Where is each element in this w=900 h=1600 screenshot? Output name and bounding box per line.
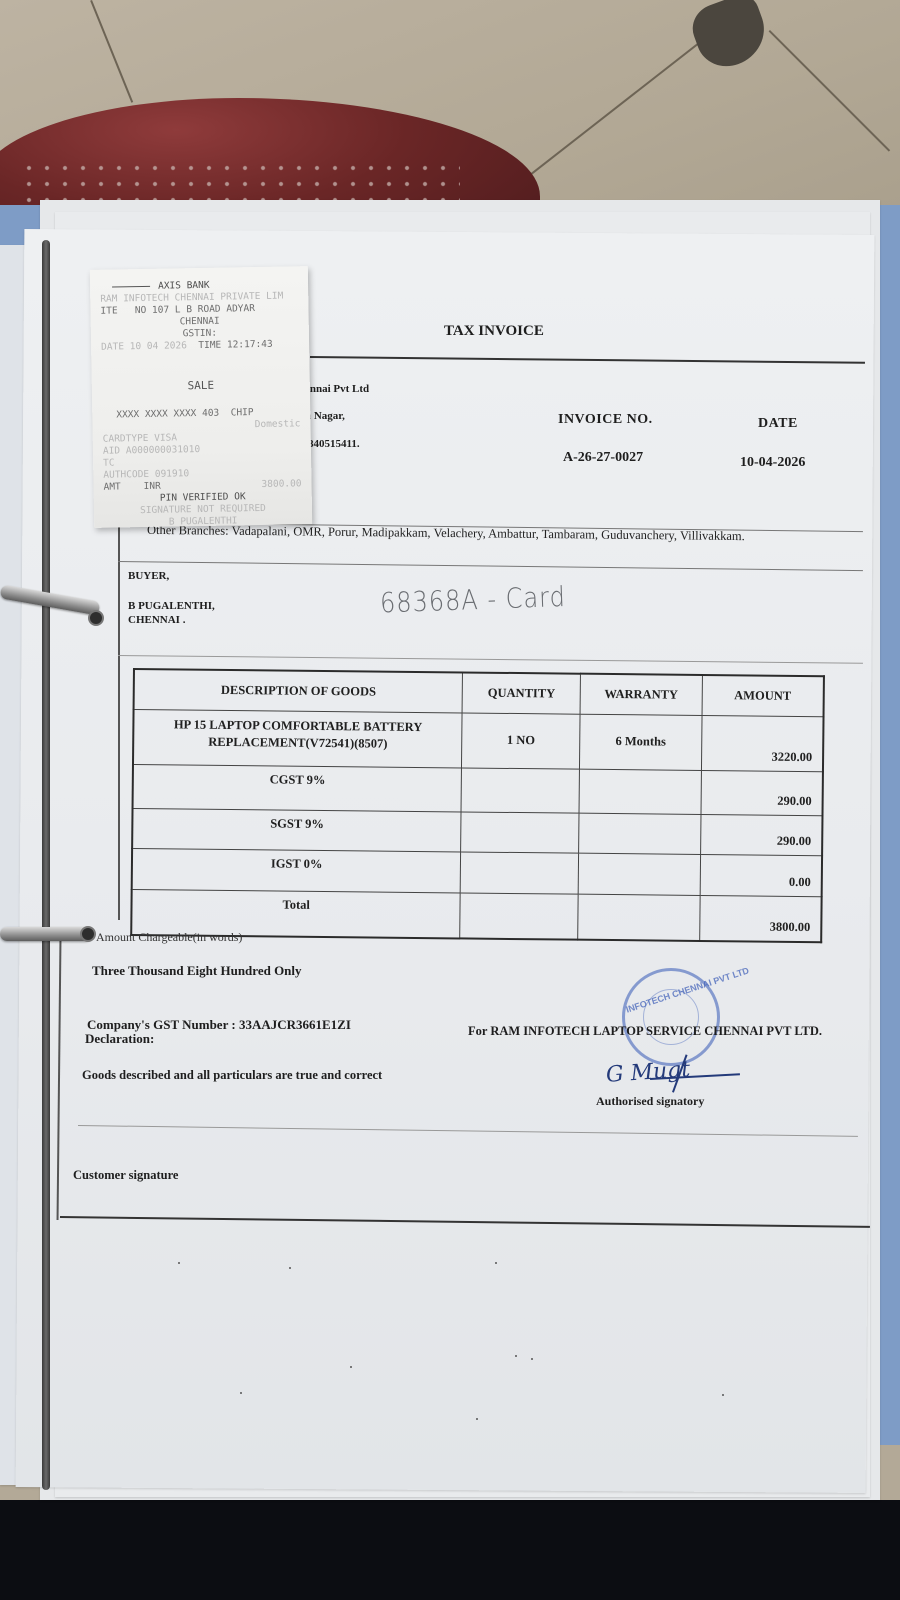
receipt-merchant-suffix: ITE: [100, 305, 117, 316]
receipt-amount-label: AMT: [103, 481, 120, 492]
buyer-city: CHENNAI .: [128, 614, 185, 626]
declaration-text: Goods described and all particulars are …: [82, 1068, 382, 1083]
item-warranty: 6 Months: [580, 714, 702, 771]
customer-signature-label: Customer signature: [73, 1168, 178, 1183]
header-divider: [310, 356, 865, 363]
tax-sgst-label: SGST 9%: [132, 808, 461, 852]
receipt-currency: INR: [144, 481, 161, 492]
tax-sgst-amount: 290.00: [700, 814, 822, 856]
company-address-partial: n Nagar,: [305, 410, 345, 422]
company-phone-partial: 840515411.: [308, 438, 360, 450]
empty-cell: [461, 768, 579, 812]
table-row: IGST 0% 0.00: [132, 849, 822, 897]
handwritten-payment-note: 68368A - Card: [379, 581, 566, 620]
date-label: DATE: [758, 416, 798, 432]
goods-table: DESCRIPTION OF GOODS QUANTITY WARRANTY A…: [130, 668, 825, 943]
receipt-address: NO 107 L B ROAD ADYAR: [135, 303, 255, 316]
invoice-title: TAX INVOICE: [444, 323, 544, 340]
buyer-label: BUYER,: [128, 570, 169, 582]
tax-cgst-amount: 290.00: [701, 771, 823, 815]
item-description: HP 15 LAPTOP COMFORTABLE BATTERY REPLACE…: [133, 709, 462, 768]
buyer-name: B PUGALENTHI,: [128, 600, 215, 612]
table-row: HP 15 LAPTOP COMFORTABLE BATTERY REPLACE…: [133, 709, 824, 772]
binder-ring-bottom: [0, 927, 92, 941]
tax-igst-label: IGST 0%: [132, 849, 461, 893]
receipt-transaction-type: SALE: [102, 378, 300, 393]
buyer-divider: [118, 655, 863, 664]
branches-bottom-divider: [118, 561, 863, 571]
item-amount: 3220.00: [701, 715, 823, 772]
invoice-number: A-26-27-0027: [563, 450, 643, 466]
amount-in-words: Three Thousand Eight Hundred Only: [92, 963, 302, 979]
empty-cell: [578, 894, 700, 940]
column-header-warranty: WARRANTY: [580, 674, 702, 715]
for-company-line: For RAM INFOTECH LAPTOP SERVICE CHENNAI …: [468, 1024, 822, 1039]
binder-ring-bottom-end: [80, 926, 96, 942]
item-quantity: 1 NO: [462, 712, 580, 769]
frame-left-border: [118, 510, 120, 920]
empty-cell: [579, 813, 701, 855]
receipt-amount: 3800.00: [261, 478, 301, 491]
invoice-number-label: INVOICE NO.: [558, 412, 653, 428]
empty-cell: [460, 893, 578, 939]
tax-cgst-label: CGST 9%: [133, 765, 462, 811]
empty-cell: [461, 811, 579, 853]
receipt-bank-name: AXIS BANK: [158, 280, 210, 292]
empty-cell: [461, 852, 579, 894]
column-header-quantity: QUANTITY: [462, 672, 580, 713]
empty-cell: [579, 770, 701, 814]
table-row: CGST 9% 290.00: [133, 765, 823, 815]
other-branches: Other Branches: Vadapalani, OMR, Porur, …: [147, 523, 745, 544]
receipt-entry-mode: CHIP: [231, 407, 254, 418]
amount-words-label: Amount Chargeable(in words): [96, 930, 242, 945]
invoice-document: TAX INVOICE ennai Pvt Ltd n Nagar, 84051…: [0, 0, 900, 1600]
company-name-partial: ennai Pvt Ltd: [305, 383, 369, 395]
invoice-date: 10-04-2026: [740, 455, 805, 471]
total-amount: 3800.00: [700, 896, 822, 942]
authorised-signatory-label: Authorised signatory: [596, 1094, 704, 1109]
empty-cell: [578, 854, 700, 896]
declaration-divider: [78, 1125, 858, 1137]
binder-ring-top-end: [88, 610, 104, 626]
receipt-card-number: XXXX XXXX XXXX 403: [102, 408, 219, 421]
column-header-amount: AMOUNT: [702, 675, 824, 716]
company-stamp: INFOTECH CHENNAI PVT LTD: [622, 968, 720, 1066]
declaration-label: Declaration:: [85, 1031, 154, 1047]
table-row: SGST 9% 290.00: [132, 808, 822, 856]
receipt-date: DATE 10 04 2026: [101, 340, 187, 352]
receipt-time: TIME 12:17:43: [198, 339, 273, 351]
column-header-description: DESCRIPTION OF GOODS: [134, 669, 463, 712]
card-payment-receipt: AXIS BANK RAM INFOTECH CHENNAI PRIVATE L…: [90, 266, 312, 528]
tax-igst-amount: 0.00: [700, 855, 822, 897]
frame-left-border-lower: [57, 940, 61, 1220]
frame-bottom-border: [60, 1216, 870, 1227]
